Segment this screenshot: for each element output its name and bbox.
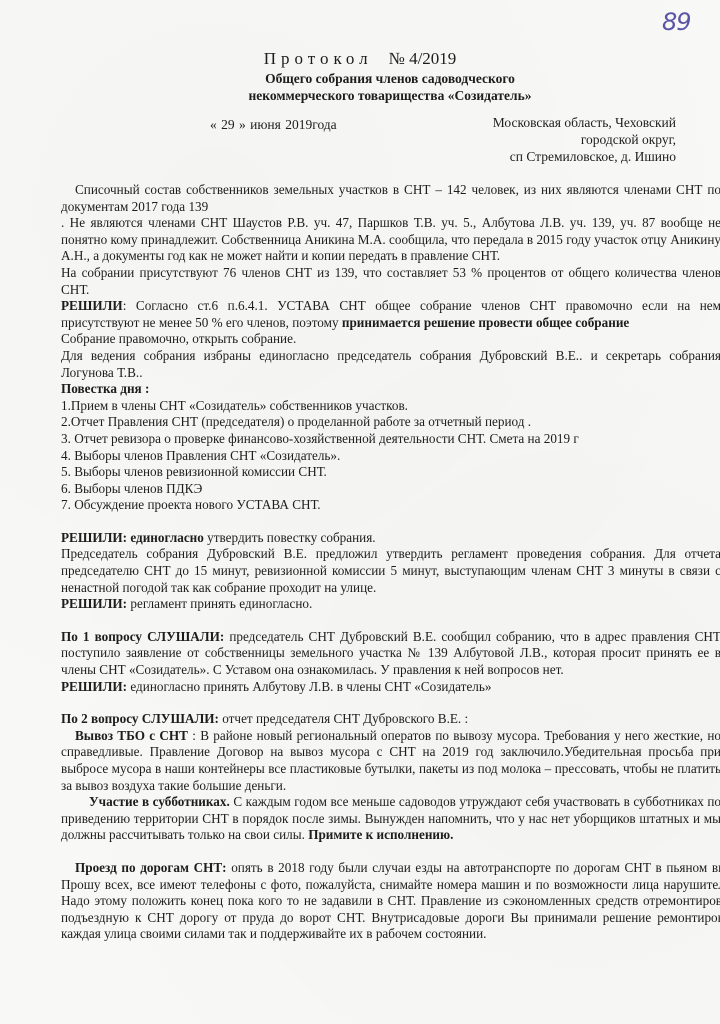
agenda-item: 6. Выборы членов ПДКЭ xyxy=(61,481,720,498)
place-line-2: городской округ, xyxy=(493,131,676,148)
agenda-item: 7. Обсуждение проекта нового УСТАВА СНТ. xyxy=(61,497,720,514)
cleanup-days: Участие в субботниках. С каждым годом вс… xyxy=(61,794,720,844)
intro-owners: Списочный состав собственников земельных… xyxy=(61,182,720,215)
agenda-item: 1.Прием в члены СНТ «Созидатель» собстве… xyxy=(61,398,720,415)
subtitle-line-1: Общего собрания членов садоводческого xyxy=(0,71,720,87)
decision-bold-text: принимается решение провести общее собра… xyxy=(342,315,629,330)
meeting-place: Московская область, Чеховский городской … xyxy=(493,114,676,165)
document-page: 89 Протокол№ 4/2019 Общего собрания член… xyxy=(0,0,720,1024)
meeting-date: « 29 » июня 2019года xyxy=(210,117,337,133)
question-2: По 2 вопросу СЛУШАЛИ: отчет председателя… xyxy=(61,711,720,728)
quorum-decision: РЕШИЛИ: Согласно ст.6 п.6.4.1. УСТАВА СН… xyxy=(61,298,720,331)
meeting-open: Собрание правомочно, открыть собрание. xyxy=(61,331,720,348)
title-word: Протокол xyxy=(264,49,373,68)
document-title: Протокол№ 4/2019 xyxy=(0,49,720,69)
document-body: Списочный состав собственников земельных… xyxy=(61,182,720,943)
subtitle-line-2: некоммерческого товарищества «Созидатель… xyxy=(0,88,720,104)
agenda-list: 1.Прием в члены СНТ «Созидатель» собстве… xyxy=(61,398,720,514)
roads: Проезд по дорогам СНТ: опять в 2018 году… xyxy=(61,860,720,943)
officers-elected: Для ведения собрания избраны единогласно… xyxy=(61,348,720,381)
intro-non-members: . Не являются членами СНТ Шаустов Р.В. у… xyxy=(61,215,720,265)
intro-attendance: На собрании присутствуют 76 членов СНТ и… xyxy=(61,265,720,298)
reglament-decision: РЕШИЛИ: регламент принять единогласно. xyxy=(61,596,720,613)
question-1-decision: РЕШИЛИ: единогласно принять Албутову Л.В… xyxy=(61,679,720,696)
title-number: № 4/2019 xyxy=(389,49,457,68)
place-line-1: Московская область, Чеховский xyxy=(493,114,676,131)
question-1: По 1 вопросу СЛУШАЛИ: председатель СНТ Д… xyxy=(61,629,720,679)
place-line-3: сп Стремиловское, д. Ишино xyxy=(493,148,676,165)
agenda-item: 4. Выборы членов Правления СНТ «Созидате… xyxy=(61,448,720,465)
agenda-approval: РЕШИЛИ: единогласно утвердить повестку с… xyxy=(61,530,720,547)
handwritten-page-number: 89 xyxy=(662,8,691,36)
waste-removal: Вывоз ТБО с СНТ : В районе новый региона… xyxy=(61,728,720,794)
agenda-item: 5. Выборы членов ревизионной комиссии СН… xyxy=(61,464,720,481)
agenda-item: 3. Отчет ревизора о проверке финансово-х… xyxy=(61,431,720,448)
decision-label: РЕШИЛИ xyxy=(61,298,123,313)
reglament-proposal: Председатель собрания Дубровский В.Е. пр… xyxy=(61,546,720,596)
agenda-item: 2.Отчет Правления СНТ (председателя) о п… xyxy=(61,414,720,431)
agenda-heading: Повестка дня : xyxy=(61,381,720,398)
